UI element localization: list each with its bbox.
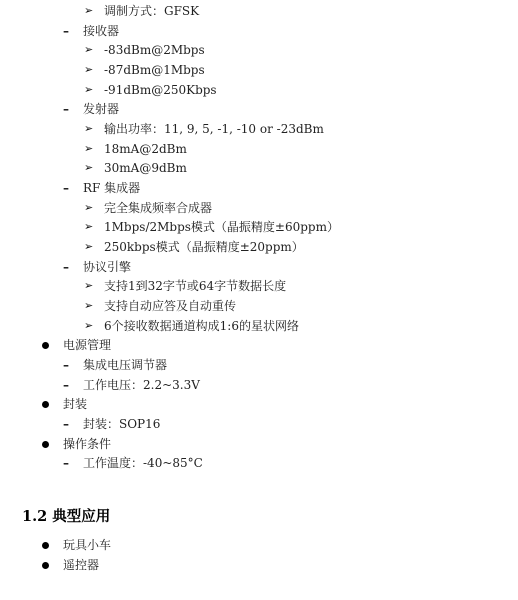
list-item-text: 1Mbps/2Mbps模式（晶振精度±60ppm） [104,217,339,237]
arrow-bullet-icon: ➢ [84,316,93,336]
filled-circle-bullet-icon [42,441,49,448]
list-item-text: -91dBm@250Kbps [104,80,217,100]
list-item-text: 调制方式：GFSK [104,1,199,21]
dash-bullet-icon: – [63,453,69,473]
dash-bullet-icon: – [63,375,69,395]
list-item-text: -83dBm@2Mbps [104,40,205,60]
filled-circle-bullet-icon [42,542,49,549]
list-item-text: 工作温度：-40~85°C [83,453,203,473]
list-item-text: 输出功率：11, 9, 5, -1, -10 or -23dBm [104,119,324,139]
list-item-text: 玩具小车 [63,535,111,555]
arrow-bullet-icon: ➢ [84,119,93,139]
arrow-bullet-icon: ➢ [84,276,93,296]
arrow-bullet-icon: ➢ [84,80,93,100]
arrow-bullet-icon: ➢ [84,1,93,21]
section-heading: 1.2 典型应用 [22,505,110,526]
list-item-text: 协议引擎 [83,257,131,277]
arrow-bullet-icon: ➢ [84,139,93,159]
list-item-text: 30mA@9dBm [104,158,187,178]
list-item-text: 250kbps模式（晶振精度±20ppm） [104,237,304,257]
list-item-text: RF 集成器 [83,178,140,198]
arrow-bullet-icon: ➢ [84,198,93,218]
filled-circle-bullet-icon [42,401,49,408]
list-item-text: 封装：SOP16 [83,414,160,434]
list-item-text: 封装 [63,394,87,414]
list-item-text: 电源管理 [63,335,111,355]
dash-bullet-icon: – [63,99,69,119]
list-item-text: 支持自动应答及自动重传 [104,296,236,316]
arrow-bullet-icon: ➢ [84,40,93,60]
arrow-bullet-icon: ➢ [84,60,93,80]
list-item-text: 工作电压：2.2~3.3V [83,375,200,395]
filled-circle-bullet-icon [42,342,49,349]
list-item-text: 遥控器 [63,555,99,575]
arrow-bullet-icon: ➢ [84,217,93,237]
list-item-text: 接收器 [83,21,119,41]
list-item-text: 支持1到32字节或64字节数据长度 [104,276,286,296]
list-item-text: 发射器 [83,99,119,119]
list-item-text: 集成电压调节器 [83,355,167,375]
list-item-text: -87dBm@1Mbps [104,60,205,80]
list-item-text: 操作条件 [63,434,111,454]
dash-bullet-icon: – [63,414,69,434]
arrow-bullet-icon: ➢ [84,237,93,257]
list-item-text: 18mA@2dBm [104,139,187,159]
arrow-bullet-icon: ➢ [84,296,93,316]
dash-bullet-icon: – [63,21,69,41]
list-item-text: 6个接收数据通道构成1:6的星状网络 [104,316,299,336]
dash-bullet-icon: – [63,355,69,375]
dash-bullet-icon: – [63,178,69,198]
arrow-bullet-icon: ➢ [84,158,93,178]
filled-circle-bullet-icon [42,562,49,569]
list-item-text: 完全集成频率合成器 [104,198,212,218]
dash-bullet-icon: – [63,257,69,277]
